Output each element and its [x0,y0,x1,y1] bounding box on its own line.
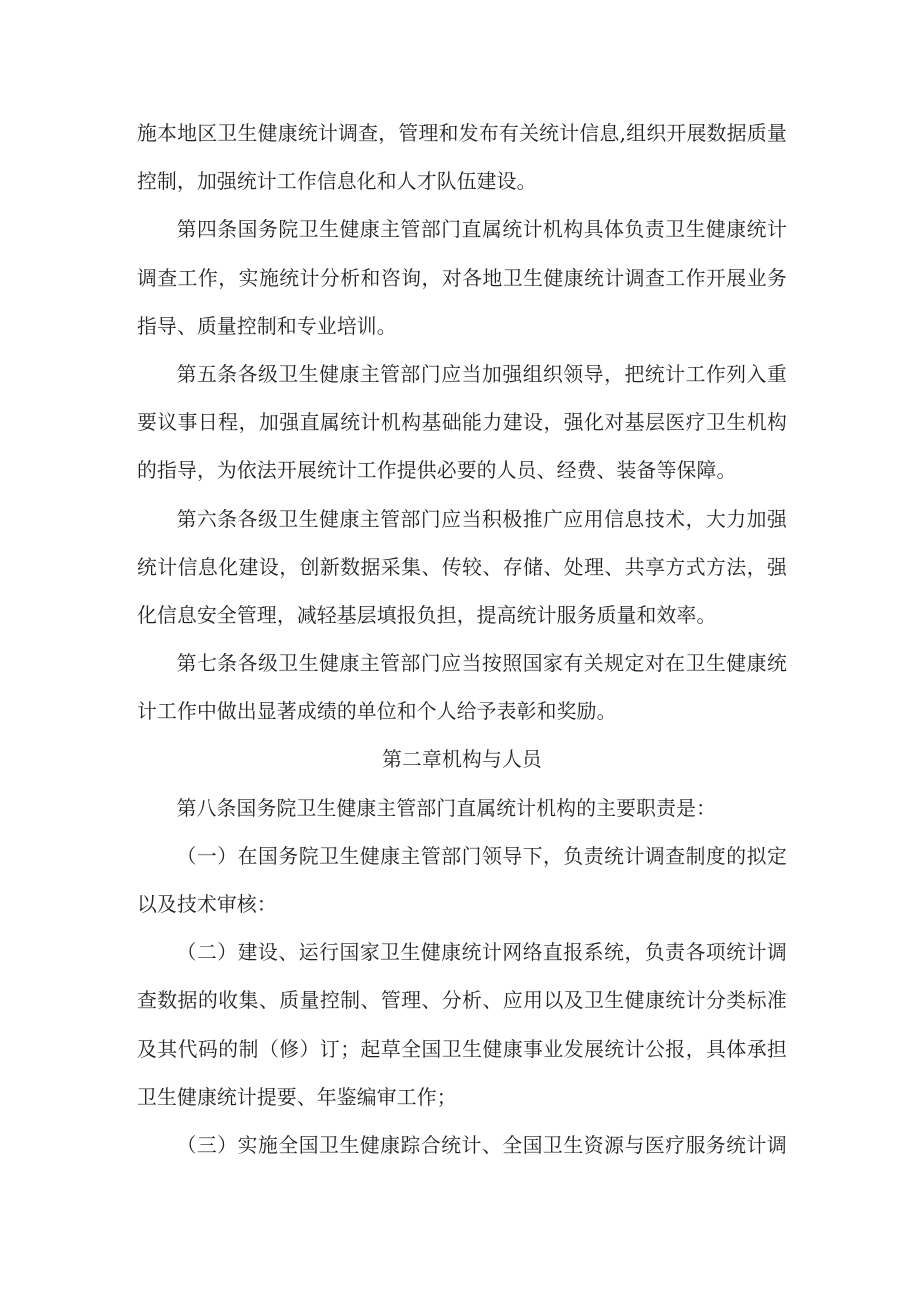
text-line: 化信息安全管理，减轻基层填报负担，提高统计服务质量和效率。 [137,592,787,640]
text-line: （二）建设、运行国家卫生健康统计网络直报系统，负责各项统计调 [137,929,787,977]
text-line: 控制，加强统计工作信息化和人才队伍建设。 [137,158,787,206]
text-line: 第六条各级卫生健康主管部门应当积极推广应用信息技术，大力加强 [137,496,787,544]
text-line: 第八条国务院卫生健康主管部门直属统计机构的主要职责是： [137,785,787,833]
document-body: 施本地区卫生健康统计调查，管理和发布有关统计信息,组织开展数据质量控制，加强统计… [137,110,787,1170]
text-line: 卫生健康统计提要、年鉴编审工作； [137,1074,787,1122]
text-line: 以及技术审核： [137,881,787,929]
text-line: 施本地区卫生健康统计调查，管理和发布有关统计信息,组织开展数据质量 [137,110,787,158]
text-line: （一）在国务院卫生健康主管部门领导下，负责统计调查制度的拟定 [137,833,787,881]
text-line: 统计信息化建设，创新数据采集、传较、存储、处理、共享方式方法，强 [137,544,787,592]
text-line: （三）实施全国卫生健康踪合统计、全国卫生资源与医疗服务统计调 [137,1122,787,1170]
text-line: 要议事日程，加强直属统计机构基础能力建设，强化对基层医疗卫生机构 [137,399,787,447]
document-page: 施本地区卫生健康统计调查，管理和发布有关统计信息,组织开展数据质量控制，加强统计… [0,0,920,1301]
text-line: 查数据的收集、质量控制、管理、分析、应用以及卫生健康统计分类标准 [137,977,787,1025]
chapter-heading: 第二章机构与人员 [137,736,787,784]
text-line: 第四条国务院卫生健康主管部门直属统计机构具体负责卫生健康统计 [137,206,787,254]
text-line: 第七条各级卫生健康主管部门应当按照国家有关规定对在卫生健康统 [137,640,787,688]
text-line: 及其代码的制（修）订；起草全国卫生健康事业发展统计公报，具体承担 [137,1026,787,1074]
text-line: 第五条各级卫生健康主管部门应当加强组织领导，把统计工作列入重 [137,351,787,399]
text-line: 指导、质量控制和专业培训。 [137,303,787,351]
text-line: 计工作中做出显著成绩的单位和个人给予表彰和奖励。 [137,688,787,736]
text-line: 调查工作，实施统计分析和咨询，对各地卫生健康统计调查工作开展业务 [137,255,787,303]
text-line: 的指导，为依法开展统计工作提供必要的人员、经费、装备等保障。 [137,447,787,495]
